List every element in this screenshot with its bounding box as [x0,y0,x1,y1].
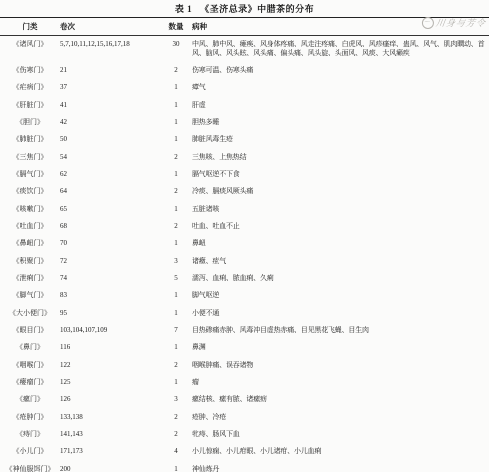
table-row: 《痔门》 141,143 2 牝痔、肠风下血 [0,425,489,442]
cell-category: 《鼻衄门》 [0,235,60,252]
cell-category: 《三焦门》 [0,148,60,165]
cell-category: 《肺脏门》 [0,131,60,148]
table-row: 《咽喉门》 122 2 咽喉肿痛、误吞诸物 [0,356,489,373]
cell-diseases: 肺脏风毒生疮 [192,131,489,148]
cell-count: 5 [160,270,192,287]
cell-count: 2 [160,218,192,235]
cell-count: 1 [160,200,192,217]
cell-diseases: 鼻衄 [192,235,489,252]
cell-diseases: 神仙炼丹 [192,460,489,472]
cell-diseases: 吐血、吐血不止 [192,218,489,235]
table-row: 《咳嗽门》 65 1 五脏诸咳 [0,200,489,217]
cell-category: 《痔门》 [0,425,60,442]
cell-category: 《咳嗽门》 [0,200,60,217]
table-row: 《肝脏门》 41 1 肝虚 [0,96,489,113]
cell-diseases: 瘰结核、瘰有脓、诸瘰疬 [192,391,489,408]
table-row: 《三焦门》 54 2 三焦咳、上焦热结 [0,148,489,165]
cell-category: 《眼目门》 [0,322,60,339]
table-body: 《诸风门》 5,7,10,11,12,15,16,17,18 30 中风、肺中风… [0,35,489,472]
table-row: 《伤寒门》 21 2 伤寒可温、伤寒头痛 [0,62,489,79]
cell-category: 《积聚门》 [0,252,60,269]
cell-count: 2 [160,356,192,373]
cell-count: 1 [160,114,192,131]
cell-volumes: 41 [60,96,160,113]
cell-count: 2 [160,425,192,442]
cell-count: 1 [160,166,192,183]
cell-category: 《神仙服饵门》 [0,460,60,472]
cell-diseases: 伤寒可温、伤寒头痛 [192,62,489,79]
cell-count: 1 [160,96,192,113]
cell-count: 1 [160,235,192,252]
cell-category: 《肝脏门》 [0,96,60,113]
cell-diseases: 三焦咳、上焦热结 [192,148,489,165]
cell-category: 《胆门》 [0,114,60,131]
cell-volumes: 133,138 [60,408,160,425]
cell-volumes: 21 [60,62,160,79]
cell-count: 1 [160,287,192,304]
cell-category: 《疮肿门》 [0,408,60,425]
cell-volumes: 68 [60,218,160,235]
cell-count: 1 [160,339,192,356]
table-row: 《膈气门》 62 1 膈气呕逆不下食 [0,166,489,183]
cell-volumes: 171,173 [60,443,160,460]
cell-category: 《瘰门》 [0,391,60,408]
cell-volumes: 126 [60,391,160,408]
col-header-volumes: 卷次 [60,18,160,36]
table-number-label: 表 1 [175,4,192,14]
cell-volumes: 42 [60,114,160,131]
cell-category: 《膈气门》 [0,166,60,183]
cell-volumes: 95 [60,304,160,321]
table-row: 《痰饮门》 64 2 冷痰、膈痰风厥头痛 [0,183,489,200]
distribution-table: 门类 卷次 数量 病种 《诸风门》 5,7,10,11,12,15,16,17,… [0,17,489,472]
cell-category: 《痰饮门》 [0,183,60,200]
cell-diseases: 五脏诸咳 [192,200,489,217]
cell-diseases: 瘴气 [192,79,489,96]
cell-volumes: 50 [60,131,160,148]
cell-volumes: 141,143 [60,425,160,442]
col-header-category: 门类 [0,18,60,36]
table-row: 《眼目门》 103,104,107,109 7 目热碜痛赤肿、风毒冲目虚热赤痛、… [0,322,489,339]
cell-volumes: 125 [60,373,160,390]
cell-diseases: 咽喉肿痛、误吞诸物 [192,356,489,373]
cell-category: 《脚气门》 [0,287,60,304]
cell-category: 《诸风门》 [0,35,60,62]
table-row: 《胆门》 42 1 胆热多睡 [0,114,489,131]
table-row: 《疮肿门》 133,138 2 疮肿、冷疮 [0,408,489,425]
col-header-count: 数量 [160,18,192,36]
cell-volumes: 62 [60,166,160,183]
cell-count: 3 [160,252,192,269]
cell-volumes: 74 [60,270,160,287]
table-title-text: 《圣济总录》中腊茶的分布 [200,4,314,14]
cell-category: 《吐血门》 [0,218,60,235]
cell-count: 1 [160,79,192,96]
cell-volumes: 122 [60,356,160,373]
table-header-row: 门类 卷次 数量 病种 [0,18,489,36]
cell-count: 1 [160,460,192,472]
table-row: 《吐血门》 68 2 吐血、吐血不止 [0,218,489,235]
cell-volumes: 54 [60,148,160,165]
cell-diseases: 脚气呕逆 [192,287,489,304]
cell-volumes: 64 [60,183,160,200]
cell-diseases: 小儿惊痫、小儿疳眼、小儿诸疳、小儿血痢 [192,443,489,460]
cell-diseases: 冷痰、膈痰风厥头痛 [192,183,489,200]
cell-volumes: 116 [60,339,160,356]
cell-category: 《大小便门》 [0,304,60,321]
table-row: 《肺脏门》 50 1 肺脏风毒生疮 [0,131,489,148]
cell-volumes: 103,104,107,109 [60,322,160,339]
cell-category: 《泄痢门》 [0,270,60,287]
cell-category: 《咽喉门》 [0,356,60,373]
cell-volumes: 37 [60,79,160,96]
cell-category: 《小儿门》 [0,443,60,460]
table-row: 《神仙服饵门》 200 1 神仙炼丹 [0,460,489,472]
cell-diseases: 中风、肺中风、瘫痪、风身体疼痛、风走注疼痛、白虎风、风疹瘙痒、蛊风、风气、肌肉瞤… [192,35,489,62]
cell-count: 30 [160,35,192,62]
table-caption: 表 1《圣济总录》中腊茶的分布 [0,0,489,16]
col-header-diseases: 病种 [192,18,489,36]
table-row: 《瘿瘤门》 125 1 瘤 [0,373,489,390]
cell-count: 2 [160,148,192,165]
cell-volumes: 5,7,10,11,12,15,16,17,18 [60,35,160,62]
cell-count: 2 [160,62,192,79]
cell-volumes: 65 [60,200,160,217]
cell-count: 1 [160,131,192,148]
table-row: 《诸风门》 5,7,10,11,12,15,16,17,18 30 中风、肺中风… [0,35,489,62]
cell-count: 4 [160,443,192,460]
cell-volumes: 70 [60,235,160,252]
table-row: 《疟病门》 37 1 瘴气 [0,79,489,96]
cell-diseases: 膈气呕逆不下食 [192,166,489,183]
cell-category: 《伤寒门》 [0,62,60,79]
cell-diseases: 胆热多睡 [192,114,489,131]
cell-volumes: 72 [60,252,160,269]
cell-diseases: 濡泻、血痢、脓血痢、久痢 [192,270,489,287]
cell-category: 《瘿瘤门》 [0,373,60,390]
table-row: 《鼻衄门》 70 1 鼻衄 [0,235,489,252]
cell-diseases: 肝虚 [192,96,489,113]
table-row: 《瘰门》 126 3 瘰结核、瘰有脓、诸瘰疬 [0,391,489,408]
cell-diseases: 小便不通 [192,304,489,321]
cell-volumes: 200 [60,460,160,472]
table-row: 《积聚门》 72 3 诸癥、痃气 [0,252,489,269]
cell-count: 7 [160,322,192,339]
cell-count: 2 [160,408,192,425]
cell-diseases: 瘤 [192,373,489,390]
cell-count: 1 [160,373,192,390]
table-row: 《大小便门》 95 1 小便不通 [0,304,489,321]
table-row: 《泄痢门》 74 5 濡泻、血痢、脓血痢、久痢 [0,270,489,287]
cell-volumes: 83 [60,287,160,304]
cell-category: 《疟病门》 [0,79,60,96]
cell-count: 3 [160,391,192,408]
table-header: 门类 卷次 数量 病种 [0,18,489,36]
paper-page: 表 1《圣济总录》中腊茶的分布 〜 川身与芳令 门类 卷次 数量 病种 《诸风门… [0,0,489,472]
cell-count: 2 [160,183,192,200]
table-row: 《鼻门》 116 1 鼻渊 [0,339,489,356]
cell-diseases: 疮肿、冷疮 [192,408,489,425]
cell-diseases: 目热碜痛赤肿、风毒冲目虚热赤痛、目见黑花飞蝇、目生肉 [192,322,489,339]
cell-diseases: 鼻渊 [192,339,489,356]
cell-count: 1 [160,304,192,321]
cell-diseases: 牝痔、肠风下血 [192,425,489,442]
table-row: 《脚气门》 83 1 脚气呕逆 [0,287,489,304]
cell-diseases: 诸癥、痃气 [192,252,489,269]
table-row: 《小儿门》 171,173 4 小儿惊痫、小儿疳眼、小儿诸疳、小儿血痢 [0,443,489,460]
cell-category: 《鼻门》 [0,339,60,356]
